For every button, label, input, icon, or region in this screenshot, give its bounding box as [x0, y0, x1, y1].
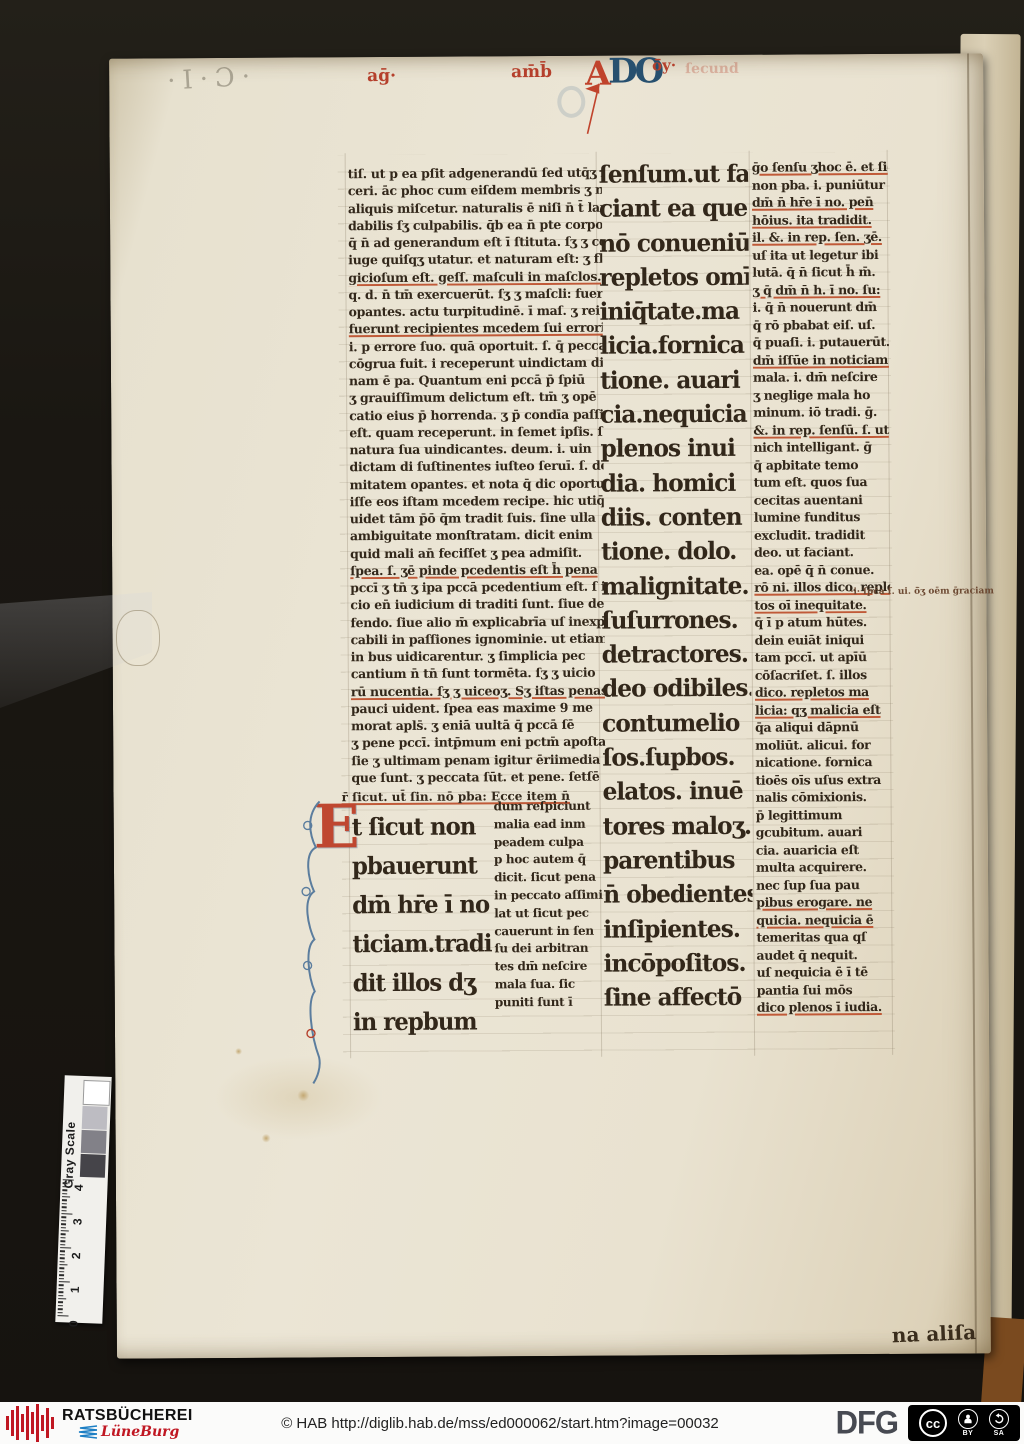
ruler-tick — [61, 1217, 66, 1219]
text-line: aliquis miſcetur. naturalis ē niſi n̄ t̄… — [348, 198, 602, 217]
text-line: lat ut ſicut pec — [494, 904, 614, 923]
text-line: minum. iō tradi. ḡ. — [753, 403, 889, 421]
ruler-tick — [63, 1179, 74, 1181]
grayscale-patch — [81, 1130, 107, 1154]
ruler-tick — [59, 1285, 64, 1287]
text-line: mala. i. dm̄ neſcire — [753, 368, 889, 386]
text-line: contumelio — [602, 706, 752, 741]
text-line: gicioſum eſt. geſſ. maſculi in maſclos. — [348, 267, 602, 286]
stain — [262, 1134, 271, 1143]
text-line: cauerunt in ſen — [494, 922, 614, 941]
text-line: tum eſt. quos ſua — [754, 473, 890, 491]
text-line: non pba. i. puniūtur — [752, 175, 888, 193]
text-line: licia.fornica — [600, 328, 750, 363]
text-line: ſu dei arbitran — [494, 940, 614, 959]
stain — [235, 1048, 242, 1055]
ruler-tick — [58, 1298, 66, 1300]
text-line: ſuſurrones. — [601, 603, 751, 638]
text-line: lutā. q̄ n̄ ſicut h̄ m̄. — [752, 263, 888, 281]
cc-by-person-icon — [958, 1409, 978, 1429]
text-line: quicia. nequicia ē — [756, 910, 892, 928]
cc-license-badge[interactable]: cc BY — [908, 1405, 1020, 1441]
grayscale-patch — [83, 1080, 111, 1106]
grayscale-calibration-bar: Gray Scale 43210 — [55, 1075, 111, 1324]
main-text-column: ſenſum.ut faciant ea quenō conueniūt.rep… — [599, 157, 758, 1015]
ruler-tick — [62, 1189, 67, 1191]
text-line: dm̄ n̄ hr̄e ī no. pen̄ — [752, 193, 888, 211]
ruler-tick — [61, 1213, 72, 1215]
cc-sa-arrow-icon — [989, 1409, 1009, 1429]
text-line: inſipientes. — [603, 911, 753, 946]
text-line: opantes. actu turpitudinē. ī maſ. ʒ rei — [349, 302, 603, 321]
text-line: repletos omī — [599, 260, 749, 295]
text-line: incōpoſitos. — [603, 946, 753, 981]
text-line: audet q̄ nequit. — [756, 945, 892, 963]
text-line: multa acquirere. — [756, 858, 892, 876]
text-line: plenos inui — [600, 431, 750, 466]
commentary-column-left: tiſ. ut p ea pſit adgenerandū ſed utq̄ʒ … — [348, 164, 606, 787]
text-line: dum reſpiciunt — [494, 798, 614, 817]
text-line: excludit. tradidit — [754, 525, 890, 543]
rubric-pennant-flourish — [581, 82, 605, 142]
text-line: ſos.ſupbos. — [602, 740, 752, 775]
text-line: q̄ apbitate temo — [753, 455, 889, 473]
text-line: ſenſum.ut fa — [599, 157, 749, 192]
text-line: pibus erogare. ne — [756, 893, 892, 911]
ruler-number: 4 — [72, 1184, 86, 1191]
text-line: cōſacriſet. ſ. illos — [755, 665, 891, 683]
text-line: pccī ʒ tn̄ ʒ ipa pccā pcedentium eſt. ſ … — [350, 578, 604, 597]
text-line: malia ead inm — [494, 815, 614, 834]
ruler-tick — [61, 1230, 69, 1232]
text-line: peadem culpa — [494, 833, 614, 852]
ruler-number: 1 — [68, 1286, 82, 1293]
text-line: moliūt. alicui. for — [755, 735, 891, 753]
text-line: tione. dolo. — [601, 534, 751, 569]
text-line: parentibus — [603, 843, 753, 878]
text-line: pantia ſui mōs — [757, 980, 893, 998]
copyright-url[interactable]: © HAB http://diglib.hab.de/mss/ed000062/… — [240, 1402, 760, 1444]
ruler-tick — [57, 1315, 68, 1317]
text-line: cia. auaricia eſt — [756, 840, 892, 858]
ruler-tick — [60, 1237, 65, 1239]
corner-text-fragment: na aliſa — [891, 1320, 976, 1347]
text-line: dabilis ſʒ culpabilis. q̄b ea n̄ pte cor… — [348, 215, 602, 234]
ruler-tick — [58, 1308, 63, 1310]
text-line: ʒ q̄ dm̄ n̄ h. ī no. ſu: — [752, 280, 888, 298]
text-line: i. q̄ n̄ nouerunt dm̄ — [753, 298, 889, 316]
text-line: mala ſua. ſic — [495, 976, 615, 995]
text-line: il. &. in rep. ſen. ʒē. — [752, 228, 888, 246]
text-line: in repbum — [353, 1001, 505, 1041]
text-line: nalis cōmixionis. — [756, 788, 892, 806]
penwork-flourish — [300, 795, 338, 1085]
text-line: eſt. quam receperunt. in ſemet ipſis. ſ.… — [349, 422, 603, 441]
running-header-left: aḡ· — [367, 66, 396, 86]
ruler-number: 3 — [70, 1218, 84, 1225]
text-line: fendo. ſiue alio m̄ explicabrīa uſ inexp… — [350, 612, 604, 631]
text-line: cia.nequicia — [600, 397, 750, 432]
grayscale-label: Gray Scale — [61, 1078, 79, 1188]
library-name: RATSBÜCHEREI — [62, 1408, 193, 1424]
text-line: ambiguitate monſtratam. dicit enim — [350, 526, 604, 545]
text-line: ea. opē q̄ n̄ conue. — [754, 560, 890, 578]
text-line: ʒ neglige mala ho — [753, 385, 889, 403]
ruler-tick — [60, 1247, 71, 1249]
ruler-tick — [59, 1281, 70, 1283]
ruler-tick — [62, 1193, 67, 1195]
text-line: ſpea. ſ. ʒē pinde pcedentis eſt h̄ pena — [350, 560, 604, 579]
text-line: pauci uident. ſpea eas maxime 9 me — [351, 698, 605, 717]
text-line: dicit. ſicut pena — [494, 869, 614, 888]
text-line: &. in rep. ſenſū. ſ. ut — [753, 420, 889, 438]
text-line: iniq̄tate.ma — [599, 294, 749, 329]
ruler-tick — [59, 1271, 64, 1273]
text-line: in peccato aſſimi — [494, 887, 614, 906]
text-line: nec ſup ſua pau — [756, 875, 892, 893]
ruler-tick — [58, 1295, 63, 1297]
text-line: q̄ rō pbabat eiſ. uſ. — [753, 315, 889, 333]
cc-by-label: BY — [963, 1430, 974, 1437]
ruler-tick — [63, 1183, 68, 1185]
running-header-right: ō̄y· — [652, 56, 676, 74]
text-line: ḡo ſenſu ʒhoc ē. et ſic̄ — [752, 158, 888, 176]
text-line: mitatem opantes. et nota q̄ dic oportu — [350, 474, 604, 493]
text-line: p̄ legittimum — [756, 805, 892, 823]
footer-bar: RATSBÜCHEREI LüneBurg © HAB http://digli… — [0, 1402, 1024, 1444]
ruler-tick — [60, 1261, 65, 1263]
text-line: cecitas auentani — [754, 490, 890, 508]
text-line: dit illos dʒ — [353, 962, 505, 1002]
text-line: ciant ea que — [599, 191, 749, 226]
pencil-foliation-mark: ·I·Ɔ· — [166, 61, 258, 96]
text-line: uſ ita ut legetur ibi — [752, 245, 888, 263]
text-line: dia. homici — [601, 465, 751, 500]
ruler-tick — [62, 1210, 67, 1212]
text-line: ſine affectō — [604, 980, 754, 1015]
ruler-tick — [59, 1268, 64, 1270]
text-line: tores maloʒ. — [603, 808, 753, 843]
cc-icon: cc — [919, 1409, 947, 1437]
ruler-tick — [58, 1291, 63, 1293]
text-line: malignitate. — [601, 568, 751, 603]
text-line: hōius. ita tradidit. — [752, 210, 888, 228]
text-line: elatos. inuē — [602, 774, 752, 809]
running-header-center: am̄b̄ — [511, 62, 552, 82]
ruler-tick — [61, 1227, 66, 1229]
library-logo: RATSBÜCHEREI LüneBurg — [6, 1404, 193, 1442]
ruler-tick — [58, 1305, 63, 1307]
scan-viewport: ·I·Ɔ· aḡ· am̄b̄ A DO ō̄y· ſecund tiſ. ut… — [0, 0, 1024, 1444]
text-line: p hoc autem q̄ — [494, 851, 614, 870]
text-line: iſſe eos iſtam mcedem recipe. hic utiq̄ — [350, 491, 604, 510]
ruler-tick — [61, 1234, 66, 1236]
ruler-tick — [62, 1203, 67, 1205]
cc-sa-label: SA — [994, 1430, 1005, 1437]
text-line: iuge quiſqʒ utatur. et naturam eſt: ʒ fl… — [348, 250, 602, 269]
ruler-tick — [58, 1312, 63, 1314]
text-line: lumine funditus — [754, 508, 890, 526]
text-line: catio eius p̄ horrenda. ʒ p̄ condīa paſſ… — [349, 405, 603, 424]
marginal-note: ·i· ſpc̄a ſ. ui. ō̄ʒ oēm ḡraciam — [850, 586, 1020, 597]
ruler-tick — [61, 1220, 66, 1222]
text-line: cio en̄ iudicium di traditi ſunt. ſiue d… — [350, 595, 604, 614]
text-line: tioēs oīs uſus extra — [755, 770, 891, 788]
ruler-number: 2 — [69, 1252, 83, 1259]
library-city: LüneBurg — [101, 1425, 179, 1439]
text-line: licia: qʒ malicia eſt — [755, 700, 891, 718]
text-line: dico plenos ī iudia. — [757, 998, 893, 1016]
text-line: i. p errore ſuo. quā oportuit. ſ. q̄ pec… — [349, 336, 603, 355]
ruler-tick — [62, 1186, 67, 1188]
text-line: morat apls̄. ʒ eniā uultā q̄ pccā ſē — [351, 716, 605, 735]
dfg-logo[interactable]: DFG — [836, 1404, 898, 1442]
ruler-number: 0 — [66, 1320, 80, 1327]
text-line: nich intelligant. ḡ — [753, 438, 889, 456]
text-line: q̄ ī p atum hūtes. — [754, 613, 890, 631]
text-line: dein euiāt iniqui — [755, 630, 891, 648]
text-line: tes dm̄ neſcire — [495, 958, 615, 977]
text-line: ʒ pene pccī. intp̄mum eni pctm̄ apoſta — [351, 733, 605, 752]
grayscale-ruler: 43210 — [55, 1179, 107, 1321]
ruler-tick — [58, 1301, 63, 1303]
text-line: ticiam.tradi — [352, 923, 504, 963]
text-line: gcubitum. auari — [756, 823, 892, 841]
ruler-tick — [62, 1200, 67, 1202]
organ-pipes-icon — [6, 1404, 54, 1442]
text-line: uidet tām p̄ō q̄m tradit ſuis. ſine ulla — [350, 509, 604, 528]
text-line: dictam di ſuſtinentes iuſteo ſeruī. ſ. d… — [349, 457, 603, 476]
text-line: nam ē pa. Quantum eni pccā p̄ ſpiū — [349, 371, 603, 390]
text-line: fuerunt recipientes mcedem ſui erroris: — [349, 319, 603, 338]
text-line: puniti ſunt ī — [495, 993, 615, 1012]
open-book-icon — [76, 1425, 98, 1439]
text-line: que ſunt. ʒ peccata ſūt. et pene. ſetſē — [351, 767, 605, 786]
manuscript-page: ·I·Ɔ· aḡ· am̄b̄ A DO ō̄y· ſecund tiſ. ut… — [109, 53, 991, 1358]
text-line: pbauerunt — [352, 845, 504, 885]
text-line: q̄a aliqui dāpnū — [755, 718, 891, 736]
text-line: in bus uidicarentur. ʒ ſimplicia pec — [351, 647, 605, 666]
text-line: ʒ grauiſſimum delictum eſt. tm̄ ʒ opē — [349, 388, 603, 407]
text-line: tione. auari — [600, 363, 750, 398]
text-line: cōgrua fuit. i receperunt uindictam dig — [349, 353, 603, 372]
text-line: tiſ. ut p ea pſit adgenerandū ſed utq̄ʒ … — [348, 164, 602, 183]
text-line: ſie ʒ ultimam penam igitur ēriimedia — [351, 750, 605, 769]
grayscale-patch — [82, 1106, 108, 1130]
text-line: detractores. — [602, 637, 752, 672]
text-line: n̄ obedientes. — [603, 877, 753, 912]
ruler-tick — [59, 1274, 64, 1276]
library-logo-text: RATSBÜCHEREI LüneBurg — [62, 1408, 193, 1439]
ruler-tick — [60, 1244, 65, 1246]
running-header-faded: ſecund — [685, 61, 739, 77]
grayscale-patch — [80, 1154, 106, 1178]
ruler-tick — [62, 1206, 67, 1208]
text-line: dm̄ iſſūe in noticiam. — [753, 350, 889, 368]
text-line: cantium n̄ tn̄ ſunt tormēta. ſʒ ʒ uicio — [351, 664, 605, 683]
text-line: diis. conten — [601, 500, 751, 535]
text-line: q̄ puaſi. i. putauerūt. — [753, 333, 889, 351]
text-line: deo odibiles. — [602, 671, 752, 706]
ruler-tick — [62, 1196, 70, 1198]
text-line: dico. repletos ma — [755, 683, 891, 701]
page-holder-clip-tip — [116, 610, 160, 666]
ruler-tick — [60, 1240, 65, 1242]
lection-large-text: t ſicut nonpbaueruntdm̄ hr̄e ī noticiam.… — [352, 806, 513, 1041]
ruler-tick — [61, 1223, 66, 1225]
gutter-fold — [967, 53, 977, 1353]
text-line: cabili in paſſiones ignominie. ut etiam — [351, 629, 605, 648]
ruler-tick — [60, 1254, 65, 1256]
text-line: natura ſua uindicantes. deum. i. uin — [349, 440, 603, 459]
text-line: rū nucentia. ſʒ ʒ uiceoʒ. Sʒ iſtas penas — [351, 681, 605, 700]
text-line: uſ nequicia ē ī tē — [757, 963, 893, 981]
text-line: q. d. n̄ tm̄ exercuerūt. ſʒ ʒ maſcli: fu… — [348, 284, 602, 303]
text-line: t ſicut non — [352, 806, 504, 846]
text-line: nicatione. fornica — [755, 753, 891, 771]
ruler-tick — [60, 1257, 65, 1259]
text-line: dm̄ hr̄e ī no — [352, 884, 504, 924]
text-line: ceri. āc phoc cum eiſdem membris ʒ nīeri… — [348, 181, 602, 200]
grayscale-patches — [80, 1080, 109, 1179]
text-line: quid mali an̄ feciſſet ʒ pea admiſit. — [350, 543, 604, 562]
text-line: temeritas qua qſ — [756, 928, 892, 946]
text-line: q̄ n̄ ad generandum eſt ī ſtituta. ſʒ ʒ … — [348, 233, 602, 252]
text-line: nō conueniūt. — [599, 225, 749, 260]
text-line: deo. ut faciant. — [754, 543, 890, 561]
ruler-tick — [59, 1288, 64, 1290]
gloss-side-column: dum reſpiciuntmalia ead inmpeadem culpap… — [494, 798, 615, 1012]
ruler-tick — [60, 1251, 65, 1253]
stain — [297, 1089, 309, 1101]
text-line: tos oī inequitate. — [754, 595, 890, 613]
text-line: tam pccī. ut apīū — [755, 648, 891, 666]
ruler-tick — [59, 1278, 64, 1280]
ruler-tick — [59, 1264, 67, 1266]
